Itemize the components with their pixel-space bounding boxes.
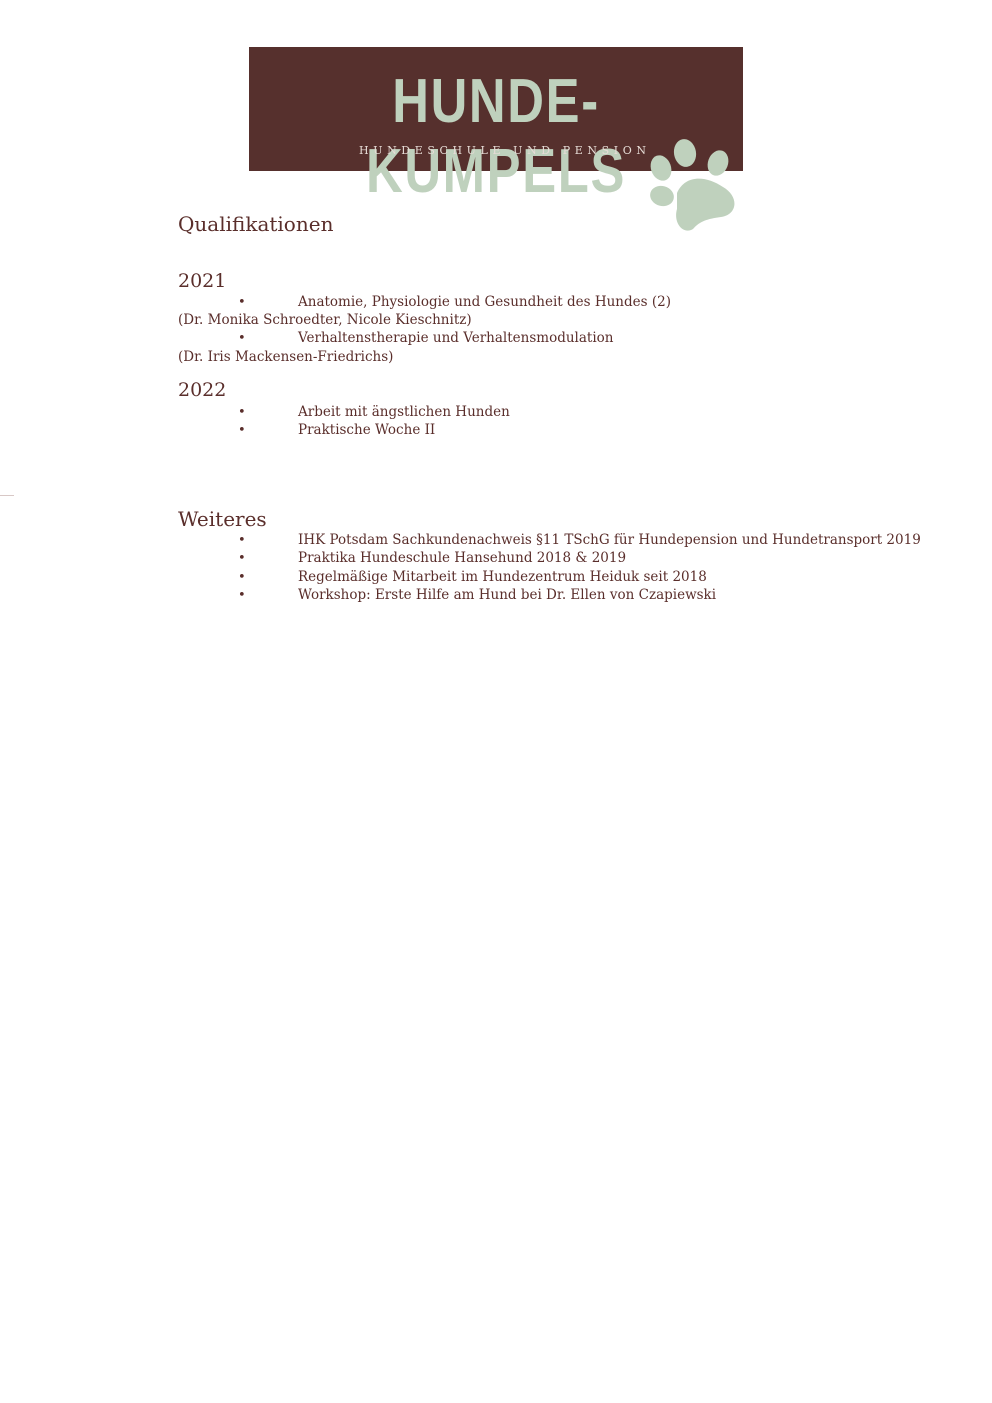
year-heading: 2022 xyxy=(178,379,226,401)
bullet-icon: • xyxy=(238,423,246,438)
list-item: Regelmäßige Mitarbeit im Hundezentrum He… xyxy=(298,569,707,585)
fold-mark xyxy=(0,495,14,496)
bullet-icon: • xyxy=(238,331,246,346)
logo-title: HUNDE-KUMPELS xyxy=(293,67,698,207)
bullet-icon: • xyxy=(238,570,246,585)
list-item: Praktika Hundeschule Hansehund 2018 & 20… xyxy=(298,550,626,566)
bullet-icon: • xyxy=(238,551,246,566)
list-item-note: (Dr. Monika Schroedter, Nicole Kieschnit… xyxy=(178,312,472,328)
list-item-note: (Dr. Iris Mackensen-Friedrichs) xyxy=(178,349,393,365)
section-heading-qualifications: Qualifikationen xyxy=(178,212,333,236)
list-item: Arbeit mit ängstlichen Hunden xyxy=(298,404,510,420)
bullet-icon: • xyxy=(238,405,246,420)
list-item: Verhaltenstherapie und Verhaltensmodulat… xyxy=(298,330,613,346)
list-item: Praktische Woche II xyxy=(298,422,435,438)
list-item: IHK Potsdam Sachkundenachweis §11 TSchG … xyxy=(298,532,921,548)
year-heading: 2021 xyxy=(178,270,226,292)
paw-icon xyxy=(645,135,740,233)
logo-subtitle: HUNDESCHULE UND PENSION xyxy=(359,144,634,157)
bullet-icon: • xyxy=(238,533,246,548)
bullet-icon: • xyxy=(238,295,246,310)
bullet-icon: • xyxy=(238,588,246,603)
list-item: Workshop: Erste Hilfe am Hund bei Dr. El… xyxy=(298,587,716,603)
list-item: Anatomie, Physiologie und Gesundheit des… xyxy=(298,294,671,310)
section-heading-further: Weiteres xyxy=(178,507,267,531)
